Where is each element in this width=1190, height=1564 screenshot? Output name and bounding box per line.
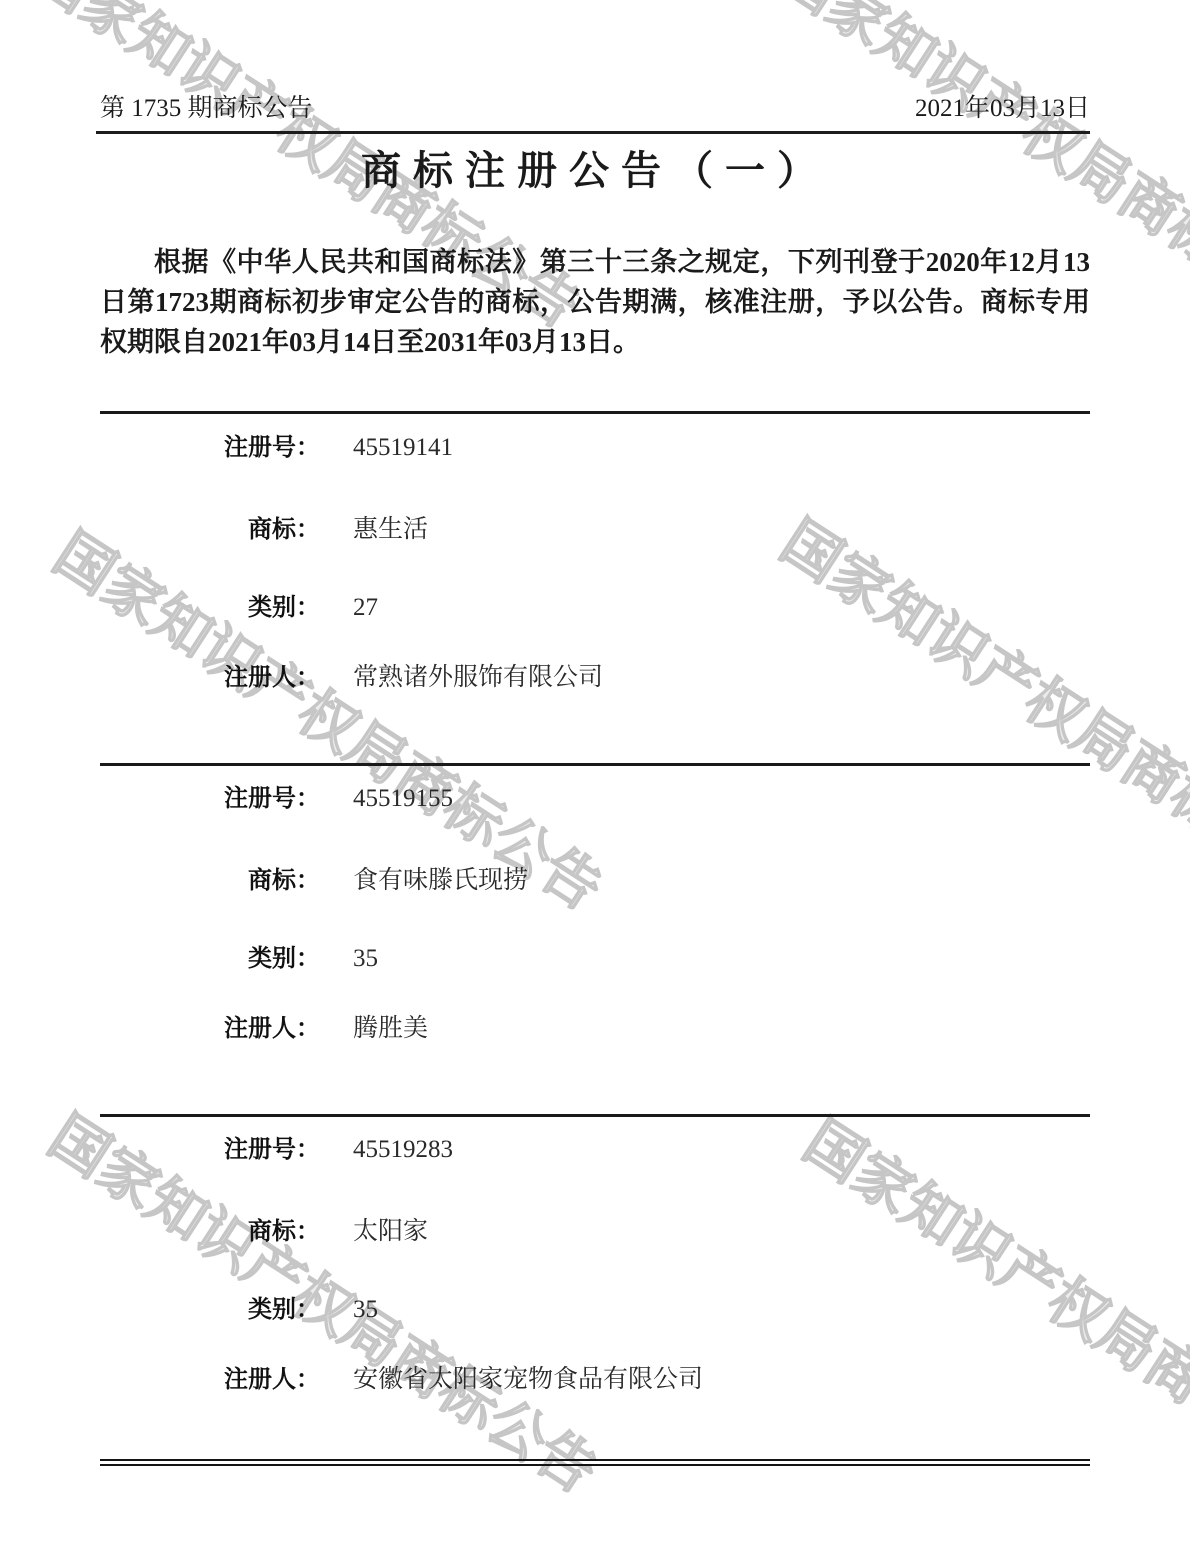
intro-paragraph: 根据《中华人民共和国商标法》第三十三条之规定，下列刊登于2020年12月13日第… [100, 242, 1090, 362]
category-row: 类别： 35 [100, 1295, 1090, 1327]
trademark-value: 食有味滕氏现捞 [353, 866, 1090, 896]
entry-separator [100, 411, 1090, 414]
category-label: 类别： [100, 944, 320, 974]
entry-separator [100, 763, 1090, 766]
registrant-label: 注册人： [100, 663, 320, 693]
gazette-page: 国家知识产权局商标公告 国家知识产权局商标公告 国家知识产权局商标公告 国家知识… [0, 0, 1190, 1564]
trademark-row: 商标： 太阳家 [100, 1217, 1090, 1249]
registrant-row: 注册人： 腾胜美 [100, 1014, 1090, 1046]
category-label: 类别： [100, 1295, 320, 1325]
gazette-date: 2021年03月13日 [915, 94, 1090, 124]
registrant-value: 常熟诸外服饰有限公司 [353, 663, 1090, 693]
registrant-value: 腾胜美 [353, 1014, 1090, 1044]
watermark-text: 国家知识产权局商标公告 [44, 524, 611, 920]
header-rule [96, 131, 1090, 134]
reg-no-row: 注册号： 45519155 [100, 784, 1090, 816]
watermark-text: 国家知识产权局商标公告 [771, 512, 1190, 908]
trademark-value: 太阳家 [353, 1217, 1090, 1247]
reg-no-label: 注册号： [100, 1135, 320, 1165]
reg-no-row: 注册号： 45519283 [100, 1135, 1090, 1167]
reg-no-row: 注册号： 45519141 [100, 433, 1090, 465]
category-value: 27 [353, 593, 1090, 623]
gazette-issue-label: 第 1735 期商标公告 [100, 94, 313, 124]
registrant-label: 注册人： [100, 1014, 320, 1044]
bottom-rule [100, 1459, 1090, 1466]
trademark-label: 商标： [100, 515, 320, 545]
category-value: 35 [353, 1295, 1090, 1325]
category-value: 35 [353, 944, 1090, 974]
entry-separator [100, 1114, 1090, 1117]
trademark-label: 商标： [100, 1217, 320, 1247]
reg-no-value: 45519141 [353, 433, 1090, 463]
reg-no-label: 注册号： [100, 784, 320, 814]
registrant-label: 注册人： [100, 1365, 320, 1395]
reg-no-label: 注册号： [100, 433, 320, 463]
reg-no-value: 45519283 [353, 1135, 1090, 1165]
category-label: 类别： [100, 593, 320, 623]
reg-no-value: 45519155 [353, 784, 1090, 814]
trademark-row: 商标： 惠生活 [100, 515, 1090, 547]
page-title: 商标注册公告（一） [0, 148, 1190, 194]
registrant-row: 注册人： 安徽省太阳家宠物食品有限公司 [100, 1365, 1090, 1397]
trademark-value: 惠生活 [353, 515, 1090, 545]
trademark-row: 商标： 食有味滕氏现捞 [100, 866, 1090, 898]
category-row: 类别： 27 [100, 593, 1090, 625]
category-row: 类别： 35 [100, 944, 1090, 976]
page-header: 第 1735 期商标公告 2021年03月13日 [100, 94, 1090, 124]
registrant-row: 注册人： 常熟诸外服饰有限公司 [100, 663, 1090, 695]
trademark-label: 商标： [100, 866, 320, 896]
registrant-value: 安徽省太阳家宠物食品有限公司 [353, 1365, 1090, 1395]
